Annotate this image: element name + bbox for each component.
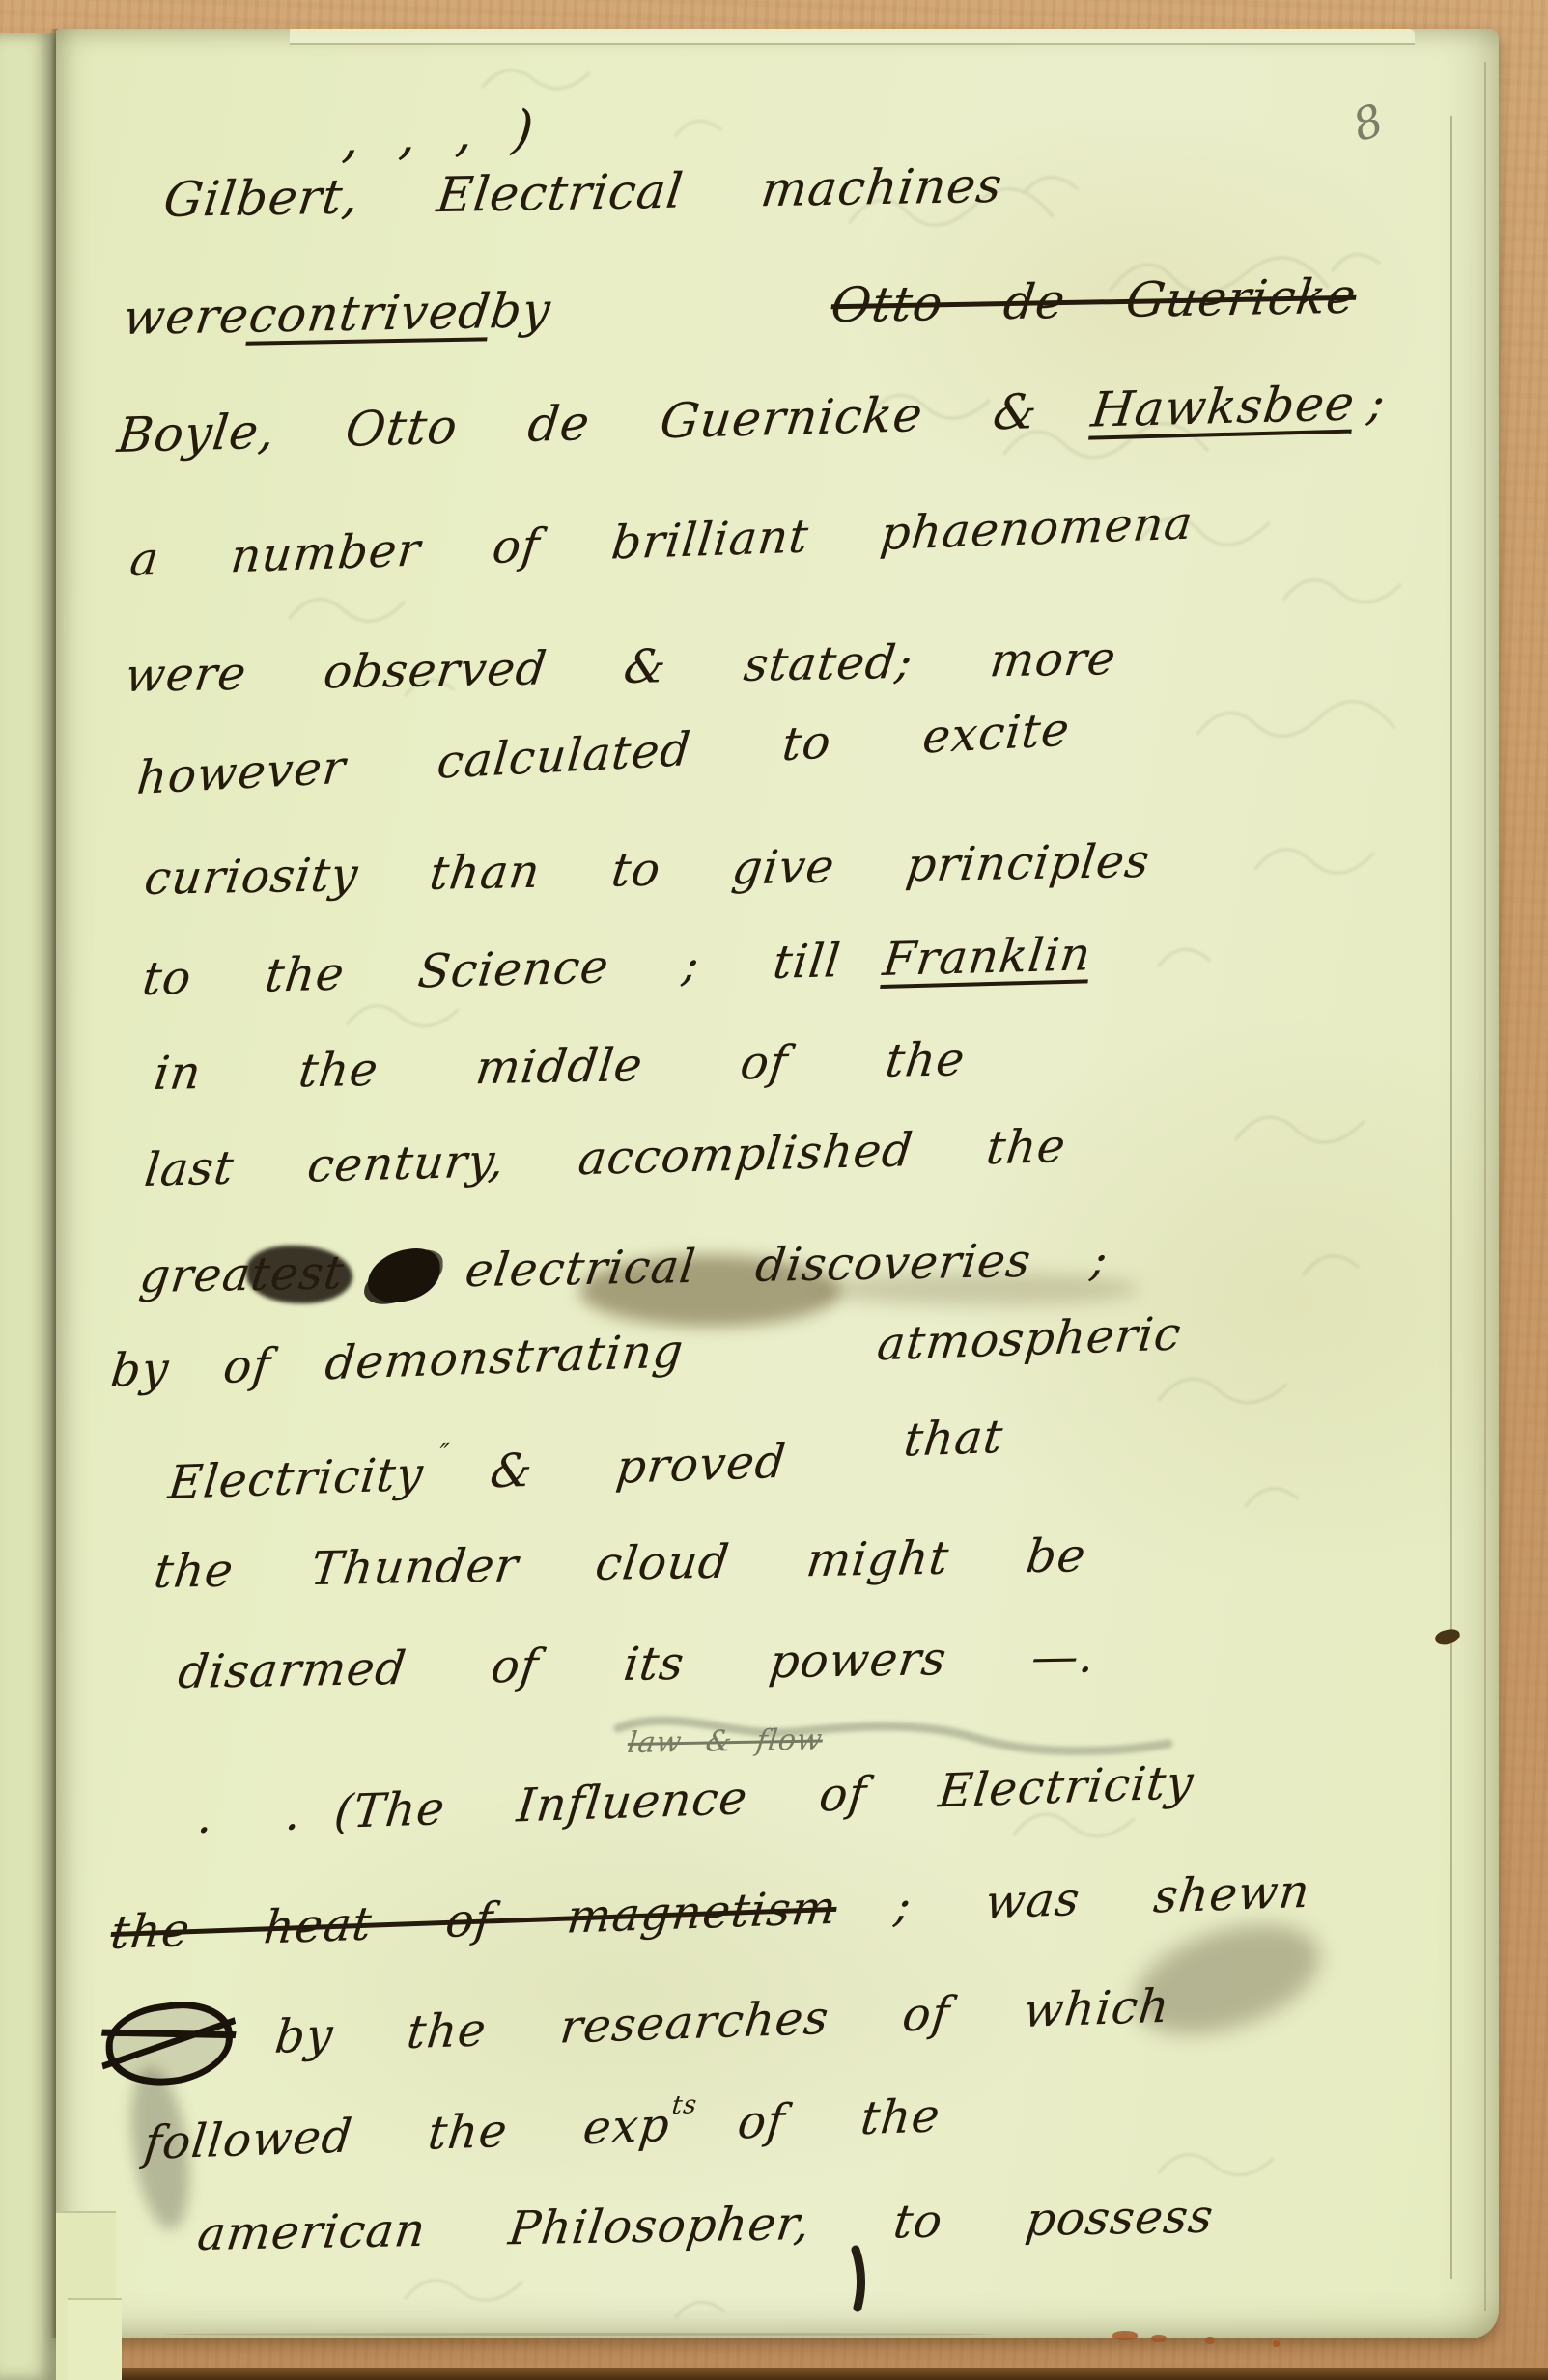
- manuscript-text: ts: [670, 2089, 699, 2120]
- line-magnetism: the heat of magnetism; was shewn: [108, 1864, 1312, 1960]
- manuscript-text: Otto de Guericke: [828, 268, 1360, 333]
- manuscript-text: curiosity than to give principles: [142, 834, 1154, 906]
- manuscript-text: atmospheric: [875, 1307, 1184, 1372]
- line-disarmed: disarmed of its powers —.: [176, 1629, 1099, 1699]
- manuscript-text: contrived: [246, 283, 494, 343]
- handwriting-layer: , , , )Gilbert, Electrical machineswere …: [0, 0, 1548, 2380]
- manuscript-text: greatest: [137, 1246, 348, 1303]
- manuscript-text: Gilbert, Electrical machines: [160, 157, 1005, 228]
- line-century: last century, accomplished the: [142, 1119, 1069, 1197]
- manuscript-text: (The Influence of Electricity: [331, 1755, 1196, 1839]
- line-greatest: greatestelectrical discoveries ;: [136, 1233, 1111, 1306]
- manuscript-text: that: [901, 1410, 1005, 1468]
- line-influence: . .(The Influence of Electricity: [195, 1755, 1196, 1844]
- manuscript-text: by of demonstrating: [108, 1324, 687, 1398]
- pencil-insertion: law & flow: [626, 1722, 825, 1760]
- line-electricity: Electricity″& provedthat: [166, 1419, 1005, 1510]
- manuscript-text: Boyle, Otto de Guernicke &: [115, 383, 1041, 463]
- manuscript-text: law & flow: [626, 1722, 825, 1760]
- manuscript-text: in the middle of the: [152, 1032, 969, 1101]
- line-boyle: Boyle, Otto de Guernicke &Hawksbee;: [115, 375, 1389, 463]
- line-curiosity: curiosity than to give principles: [142, 834, 1154, 906]
- ink-blot: [106, 1994, 233, 2093]
- line-thunder: the Thunder cloud might be: [152, 1528, 1089, 1599]
- manuscript-text: a number of brilliant phaenomena: [127, 496, 1196, 587]
- manuscript-text: . .: [195, 1786, 304, 1844]
- manuscript-text: the heat of magnetism: [108, 1881, 839, 1960]
- ink-blot: [368, 1244, 441, 1306]
- manuscript-text: & proved: [488, 1435, 789, 1499]
- manuscript-text: by: [487, 282, 554, 339]
- manuscript-text: last century, accomplished the: [142, 1119, 1069, 1197]
- line-observed: were observed & stated; more: [123, 631, 1120, 703]
- line-researches: by the researches of which: [101, 1968, 1173, 2087]
- line-followed: followed the exptsof the: [142, 2081, 944, 2170]
- manuscript-text: followed the exp: [142, 2098, 673, 2170]
- line-number: a number of brilliant phaenomena: [127, 496, 1196, 587]
- manuscript-text: of the: [735, 2088, 943, 2149]
- line-philosopher: american Philosopher, to possess: [195, 2190, 1217, 2261]
- manuscript-text: , , , ): [340, 98, 537, 169]
- manuscript-text: Electricity: [166, 1447, 427, 1510]
- manuscript-text: electrical discoveries ;: [463, 1233, 1112, 1299]
- line-middle: in the middle of the: [152, 1032, 969, 1101]
- manuscript-text: ; was shewn: [892, 1864, 1313, 1933]
- manuscript-text: ″: [437, 1439, 451, 1469]
- manuscript-text: disarmed of its powers —.: [176, 1629, 1099, 1699]
- manuscript-text: american Philosopher, to possess: [195, 2190, 1217, 2261]
- manuscript-text: by the researches of which: [272, 1978, 1172, 2063]
- manuscript-text: were observed & stated; more: [123, 631, 1120, 703]
- line-contrived: were contrived byOtto de Guericke: [120, 268, 1360, 346]
- line-demonstrating: by of demonstratingatmospheric: [108, 1307, 1184, 1398]
- photograph-of-manuscript: , , , )Gilbert, Electrical machineswere …: [0, 0, 1548, 2380]
- manuscript-text: Hawksbee: [1088, 376, 1358, 438]
- manuscript-text: ;: [1365, 375, 1390, 431]
- line-science: to the Science ; tillFranklin: [140, 927, 1094, 1006]
- line-however: however calculated to excite: [135, 703, 1073, 805]
- manuscript-text: however calculated to excite: [135, 703, 1073, 805]
- manuscript-text: were: [120, 288, 252, 346]
- manuscript-text: Franklin: [880, 927, 1094, 987]
- manuscript-text: the Thunder cloud might be: [152, 1528, 1089, 1599]
- line-gilbert: Gilbert, Electrical machines: [160, 157, 1005, 228]
- ink-marks: , , , ): [340, 98, 537, 169]
- manuscript-text: to the Science ; till: [140, 934, 844, 1006]
